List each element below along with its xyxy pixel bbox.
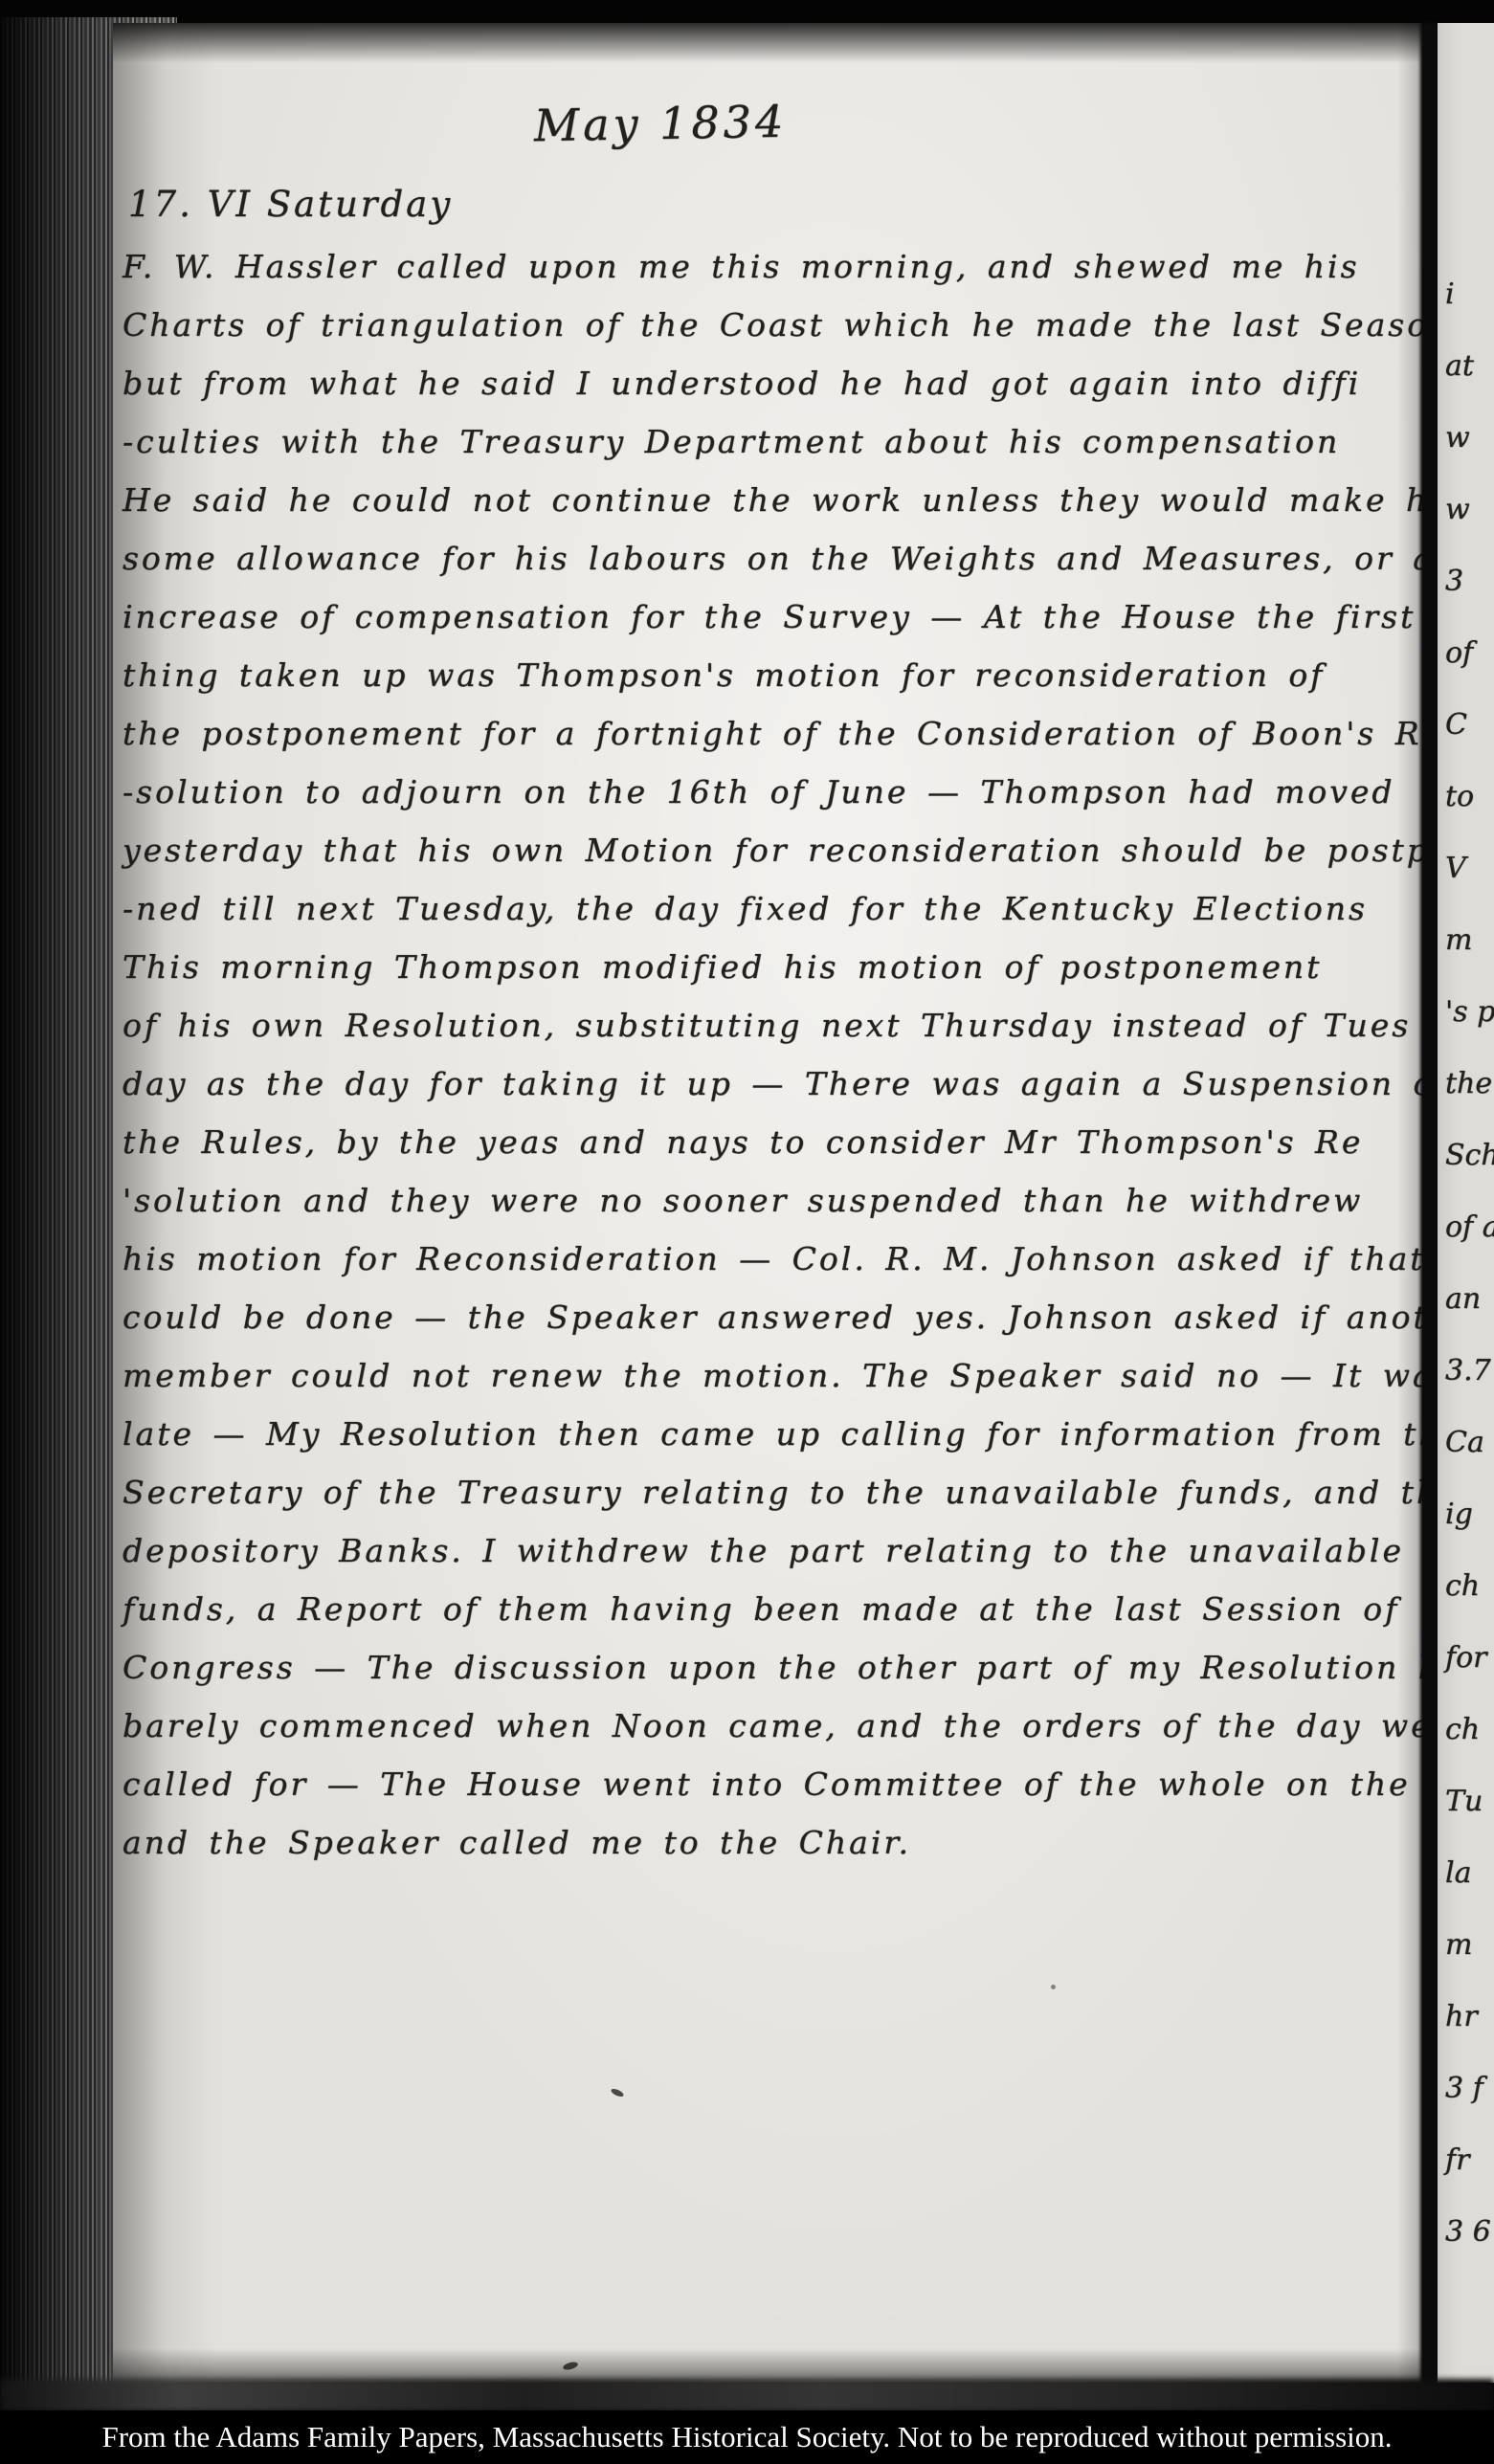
diary-line: F. W. Hassler called upon me this mornin… [123,237,1416,296]
facing-page-text-fragment: fr [1445,2124,1494,2196]
diary-line: yesterday that his own Motion for recons… [123,821,1416,879]
diary-line: increase of compensation for the Survey … [123,588,1416,646]
facing-page-text-fragment: ig [1445,1478,1494,1550]
facing-page-text-fragment: 3 f [1445,2053,1494,2124]
facing-page-text-fragment: V [1445,832,1494,904]
facing-page-text-fragment: 3 6 [1445,2196,1494,2268]
diary-line: depository Banks. I withdrew the part re… [123,1521,1416,1580]
facing-page-text-fragment: ch [1445,1694,1494,1765]
facing-page-text-fragment: an [1445,1263,1494,1335]
diary-line: could be done — the Speaker answered yes… [123,1288,1416,1346]
diary-entry-body: F. W. Hassler called upon me this mornin… [123,237,1416,1872]
facing-page-text-fragment: of [1445,617,1494,689]
book-bottom-edge [0,2379,1494,2411]
facing-page-text-fragment: i [1445,258,1494,330]
diary-line: barely commenced when Noon came, and the… [123,1697,1416,1755]
ink-speck [610,2087,624,2098]
facing-page-text-fragment: Ca [1445,1407,1494,1478]
facing-page-text-fragment: 's p [1445,976,1494,1048]
facing-page-text-fragment: Sch [1445,1120,1494,1191]
facing-page-text-fragment: w [1445,474,1494,545]
entry-heading: 17. VI Saturday [128,184,453,225]
diary-line: but from what he said I understood he ha… [123,354,1416,412]
manuscript-scan: May 1834 17. VI Saturday F. W. Hassler c… [0,0,1494,2464]
diary-line: He said he could not continue the work u… [123,471,1416,529]
diary-line: late — My Resolution then came up callin… [123,1405,1416,1463]
facing-page-text-fragment: hr [1445,1981,1494,2053]
facing-page-text-fragment: Tu [1445,1765,1494,1837]
facing-page-text-fragment: to [1445,761,1494,832]
diary-line: his motion for Reconsideration — Col. R.… [123,1230,1416,1288]
credit-bar: From the Adams Family Papers, Massachuse… [0,2410,1494,2464]
manuscript-page: May 1834 17. VI Saturday F. W. Hassler c… [113,23,1422,2383]
facing-page-text-fragment: w [1445,402,1494,474]
diary-line: 'solution and they were no sooner suspen… [123,1171,1416,1230]
diary-line: the postponement for a fortnight of the … [123,704,1416,763]
ink-speck [1051,1985,1056,1989]
facing-page-text-fragment: the [1445,1048,1494,1120]
diary-line: and the Speaker called me to the Chair. [123,1813,1416,1872]
facing-page-text-fragment: ch [1445,1550,1494,1622]
facing-page-text-fragment: of a [1445,1191,1494,1263]
month-header: May 1834 [534,96,788,152]
diary-line: funds, a Report of them having been made… [123,1580,1416,1638]
facing-page-text-fragment: la [1445,1837,1494,1909]
ink-speck [562,2361,578,2371]
diary-line: Congress — The discussion upon the other… [123,1638,1416,1697]
page-gutter-line [1420,23,1439,2383]
diary-line: of his own Resolution, substituting next… [123,996,1416,1054]
facing-page-text-fragment: at [1445,330,1494,402]
diary-line: Secretary of the Treasury relating to th… [123,1463,1416,1521]
diary-line: called for — The House went into Committ… [123,1755,1416,1813]
diary-line: member could not renew the motion. The S… [123,1346,1416,1405]
diary-line: This morning Thompson modified his motio… [123,938,1416,996]
diary-line: -culties with the Treasury Department ab… [123,412,1416,471]
facing-page-text-fragment: 3.7 [1445,1335,1494,1407]
facing-page-text-fragment: m [1445,1909,1494,1981]
facing-page-text-fragment: for [1445,1622,1494,1694]
diary-line: some allowance for his labours on the We… [123,529,1416,588]
diary-line: day as the day for taking it up — There … [123,1054,1416,1113]
diary-line: Charts of triangulation of the Coast whi… [123,296,1416,354]
facing-page-text-fragment: C [1445,689,1494,761]
diary-line: -solution to adjourn on the 16th of June… [123,763,1416,821]
facing-page-text-fragment: m [1445,904,1494,976]
facing-page-sliver: iatww3ofCtoVm's ptheSchof aan3.7Caigchfo… [1438,23,1494,2383]
diary-line: -ned till next Tuesday, the day fixed fo… [123,879,1416,938]
diary-line: the Rules, by the yeas and nays to consi… [123,1113,1416,1171]
facing-page-text-fragment: 3 [1445,545,1494,617]
diary-line: thing taken up was Thompson's motion for… [123,646,1416,704]
credit-text: From the Adams Family Papers, Massachuse… [101,2420,1392,2454]
